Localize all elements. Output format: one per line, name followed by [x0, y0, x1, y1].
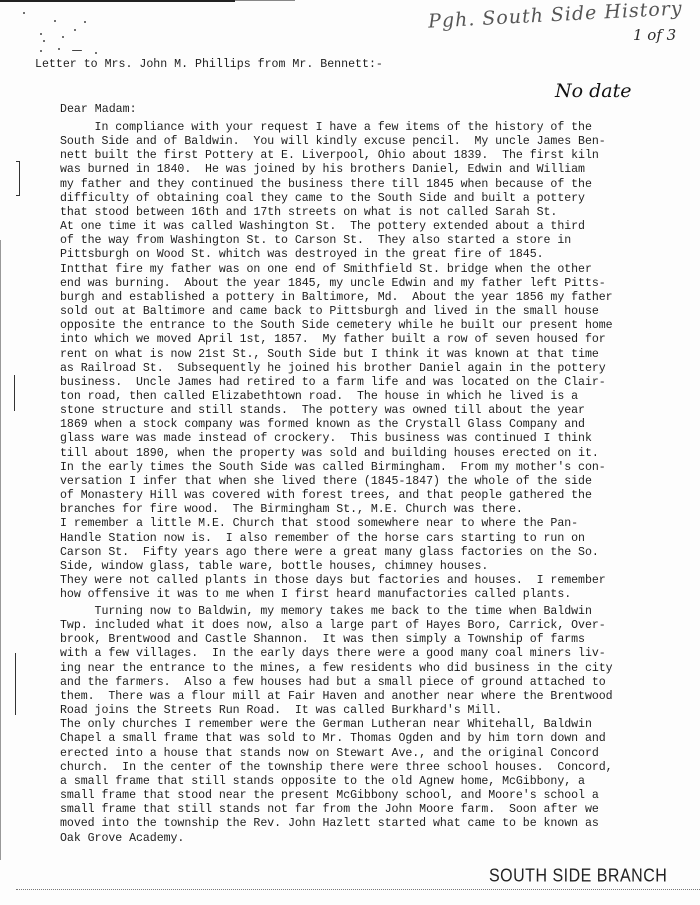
text-line: ton road, then called Elizabethtown road…	[60, 390, 613, 404]
scan-top-edge	[0, 0, 235, 2]
text-line: nett built the first Pottery at E. Liver…	[60, 149, 613, 163]
speck	[43, 40, 45, 42]
text-line: versation I infer that when she lived th…	[60, 475, 613, 489]
text-line: Side, window glass, table ware, bottle h…	[60, 560, 613, 574]
text-line: Pittsburgh on Wood St. whitch was destro…	[60, 248, 613, 262]
margin-line-mark	[14, 375, 15, 411]
letter-heading: Letter to Mrs. John M. Phillips from Mr.…	[35, 58, 383, 71]
text-line: In compliance with your request I have a…	[60, 121, 613, 135]
text-line: small frame that stood near the present …	[60, 789, 613, 803]
text-line: that stood between 16th and 17th streets…	[60, 206, 613, 220]
text-line: erected into a house that stands now on …	[60, 747, 613, 761]
speck	[95, 52, 97, 54]
text-line: church. In the center of the township th…	[60, 761, 613, 775]
paragraph-south-side: In compliance with your request I have a…	[60, 121, 613, 602]
text-line: of Monastery Hill was covered with fores…	[60, 489, 613, 503]
text-line: difficulty of obtaining coal they came t…	[60, 192, 613, 206]
text-line: burgh and established a pottery in Balti…	[60, 291, 613, 305]
scan-top-edge-faint	[235, 0, 295, 1]
text-line: sold out at Baltimore and came back to P…	[60, 305, 613, 319]
text-line: At one time it was called Washington St.…	[60, 220, 613, 234]
speck	[62, 36, 64, 38]
text-line: Handle Station now is. I also remember o…	[60, 532, 613, 546]
text-line: as Railroad St. Subsequently he joined h…	[60, 362, 613, 376]
text-line: end was burning. About the year 1845, my…	[60, 277, 613, 291]
paragraph-baldwin: Turning now to Baldwin, my memory takes …	[60, 605, 613, 846]
text-line: They were not called plants in those day…	[60, 574, 613, 588]
text-line: rent on what is now 21st St., South Side…	[60, 348, 613, 362]
speck	[40, 33, 42, 35]
text-line: Intthat fire my father was on one end of…	[60, 263, 613, 277]
speck	[84, 21, 86, 23]
text-line: small frame that still stands not far fr…	[60, 803, 613, 817]
text-line: glass ware was made instead of crockery.…	[60, 432, 613, 446]
text-line: South Side and of Baldwin. You will kind…	[60, 135, 613, 149]
text-line: business. Uncle James had retired to a f…	[60, 376, 613, 390]
text-line: them. There was a flour mill at Fair Hav…	[60, 690, 613, 704]
text-line: Turning now to Baldwin, my memory takes …	[60, 605, 613, 619]
text-line: opposite the entrance to the South Side …	[60, 319, 613, 333]
speck	[23, 12, 25, 14]
scan-bottom-rule	[16, 889, 700, 890]
margin-line-mark	[15, 653, 16, 715]
speck	[72, 50, 82, 51]
text-line: was burned in 1840. He was joined by his…	[60, 163, 613, 177]
text-line: Twp. included what it does now, also a l…	[60, 619, 613, 633]
text-line: Oak Grove Academy.	[60, 832, 613, 846]
speck	[40, 50, 42, 52]
speck	[54, 20, 56, 22]
text-line: The only churches I remember were the Ge…	[60, 718, 613, 732]
handwritten-date-note: No date	[555, 80, 631, 102]
text-line: Chapel a small frame that was sold to Mr…	[60, 732, 613, 746]
text-line: and the farmers. Also a few houses had b…	[60, 676, 613, 690]
handwritten-page-annotation: 1 of 3	[633, 26, 676, 44]
text-line: into which we moved April 1st, 1857. My …	[60, 333, 613, 347]
text-line: branches for fire wood. The Birmingham S…	[60, 503, 613, 517]
library-stamp: SOUTH SIDE BRANCH	[489, 867, 667, 888]
text-line: brook, Brentwood and Castle Shannon. It …	[60, 633, 613, 647]
text-line: till about 1890, when the property was s…	[60, 447, 613, 461]
text-line: ing near the entrance to the mines, a fe…	[60, 662, 613, 676]
speck	[74, 29, 76, 31]
text-line: stone structure and still stands. The po…	[60, 404, 613, 418]
text-line: my father and they continued the busines…	[60, 178, 613, 192]
text-line: I remember a little M.E. Church that sto…	[60, 517, 613, 531]
text-line: Road joins the Streets Run Road. It was …	[60, 704, 613, 718]
speck	[58, 48, 60, 50]
text-line: with a few villages. In the early days t…	[60, 647, 613, 661]
text-line: a small frame that still stands opposite…	[60, 775, 613, 789]
text-line: 1869 when a stock company was formed kno…	[60, 418, 613, 432]
text-line: Carson St. Fifty years ago there were a …	[60, 546, 613, 560]
text-line: of the way from Washington St. to Carson…	[60, 234, 613, 248]
text-line: how offensive it was to me when I first …	[60, 588, 613, 602]
scan-left-edge	[0, 240, 1, 860]
text-line: moved into the township the Rev. John Ha…	[60, 817, 613, 831]
margin-bracket-mark	[16, 161, 20, 196]
salutation: Dear Madam:	[60, 103, 137, 116]
text-line: In the early times the South Side was ca…	[60, 461, 613, 475]
